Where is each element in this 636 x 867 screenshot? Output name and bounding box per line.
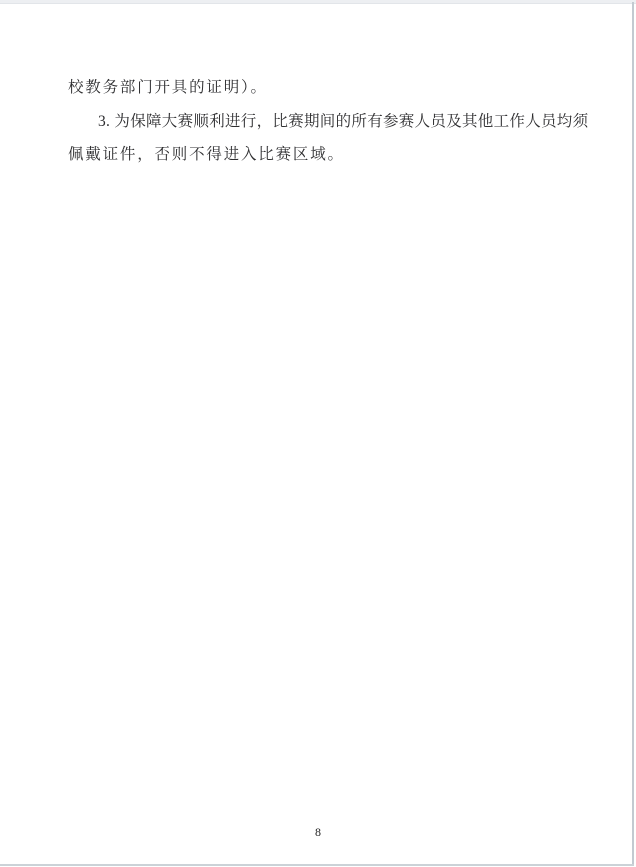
paragraph-continuation-line: 校教务部门开具的证明）。 [68,71,580,105]
page-right-edge [632,2,634,865]
page-bottom-edge [0,864,634,866]
page-number: 8 [0,825,636,840]
paragraph-item3-line1: 3. 为保障大赛顺利进行，比赛期间的所有参赛人员及其他工作人员均须 [68,105,580,139]
document-page: 校教务部门开具的证明）。 3. 为保障大赛顺利进行，比赛期间的所有参赛人员及其他… [0,0,636,867]
paragraph-item3-line2: 佩戴证件，否则不得进入比赛区域。 [68,138,580,172]
document-body: 校教务部门开具的证明）。 3. 为保障大赛顺利进行，比赛期间的所有参赛人员及其他… [68,71,580,172]
page-top-edge [0,0,636,4]
